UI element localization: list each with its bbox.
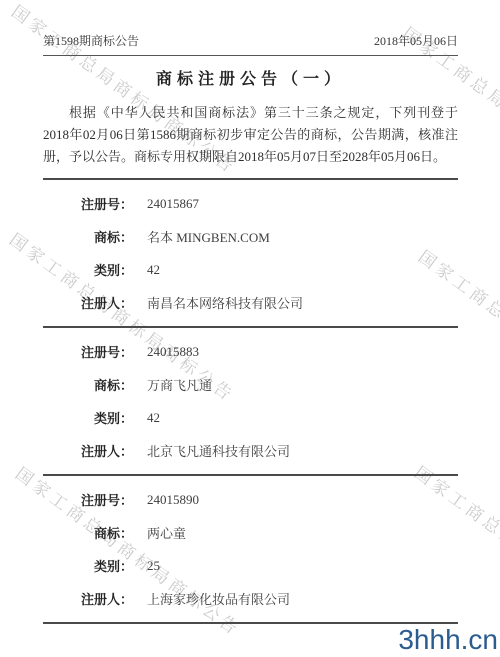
category-value: 42 — [147, 262, 160, 278]
reg-no-row: 注册号： 24015867 — [43, 187, 458, 220]
document-header: 第1598期商标公告 2018年05月06日 — [43, 0, 458, 56]
trademark-entry: 注册号： 24015867 商标： 名本 MINGBEN.COM 类别： 42 … — [43, 178, 458, 326]
registrant-value: 北京飞凡通科技有限公司 — [147, 441, 290, 460]
category-label: 类别： — [43, 556, 133, 575]
trademark-label: 商标： — [43, 375, 133, 394]
reg-no-label: 注册号： — [43, 194, 133, 213]
reg-no-label: 注册号： — [43, 342, 133, 361]
category-row: 类别： 42 — [43, 401, 458, 434]
reg-no-value: 24015867 — [147, 196, 199, 212]
trademark-value: 两心童 — [147, 523, 186, 542]
registrant-label: 注册人： — [43, 293, 133, 312]
registrant-row: 注册人： 北京飞凡通科技有限公司 — [43, 434, 458, 467]
reg-no-value: 24015890 — [147, 492, 199, 508]
trademark-value: 名本 MINGBEN.COM — [147, 227, 270, 246]
document-content: 第1598期商标公告 2018年05月06日 商标注册公告（一） 根据《中华人民… — [43, 0, 458, 624]
trademark-row: 商标： 万商飞凡通 — [43, 368, 458, 401]
gazette-page: 国家工商总局商标局商标公告 国家工商总局商标局商标公告 国家工商总局商标局商标公… — [0, 0, 500, 657]
trademark-value: 万商飞凡通 — [147, 375, 212, 394]
page-title: 商标注册公告（一） — [43, 66, 458, 89]
reg-no-row: 注册号： 24015890 — [43, 483, 458, 516]
category-value: 42 — [147, 410, 160, 426]
category-label: 类别： — [43, 260, 133, 279]
site-name: 3hhh.cn — [398, 624, 498, 655]
site-watermark: 3hhh.cn — [398, 625, 498, 655]
trademark-label: 商标： — [43, 523, 133, 542]
category-row: 类别： 42 — [43, 253, 458, 286]
registrant-label: 注册人： — [43, 589, 133, 608]
registrant-row: 注册人： 上海家珍化妆品有限公司 — [43, 582, 458, 615]
trademark-row: 商标： 名本 MINGBEN.COM — [43, 220, 458, 253]
intro-paragraph: 根据《中华人民共和国商标法》第三十三条之规定，下列刊登于2018年02月06日第… — [43, 102, 458, 168]
category-value: 25 — [147, 558, 160, 574]
trademark-entry: 注册号： 24015890 商标： 两心童 类别： 25 注册人： 上海家珍化妆… — [43, 474, 458, 622]
registrant-value: 上海家珍化妆品有限公司 — [147, 589, 290, 608]
category-row: 类别： 25 — [43, 549, 458, 582]
trademark-row: 商标： 两心童 — [43, 516, 458, 549]
publication-date: 2018年05月06日 — [374, 32, 458, 49]
registrant-label: 注册人： — [43, 441, 133, 460]
reg-no-label: 注册号： — [43, 490, 133, 509]
trademark-entries: 注册号： 24015867 商标： 名本 MINGBEN.COM 类别： 42 … — [43, 178, 458, 624]
reg-no-value: 24015883 — [147, 344, 199, 360]
registrant-row: 注册人： 南昌名本网络科技有限公司 — [43, 286, 458, 319]
trademark-entry: 注册号： 24015883 商标： 万商飞凡通 类别： 42 注册人： 北京飞凡… — [43, 326, 458, 474]
reg-no-row: 注册号： 24015883 — [43, 335, 458, 368]
trademark-label: 商标： — [43, 227, 133, 246]
category-label: 类别： — [43, 408, 133, 427]
issue-number: 第1598期商标公告 — [43, 32, 139, 49]
bottom-divider — [43, 622, 458, 624]
registrant-value: 南昌名本网络科技有限公司 — [147, 293, 303, 312]
